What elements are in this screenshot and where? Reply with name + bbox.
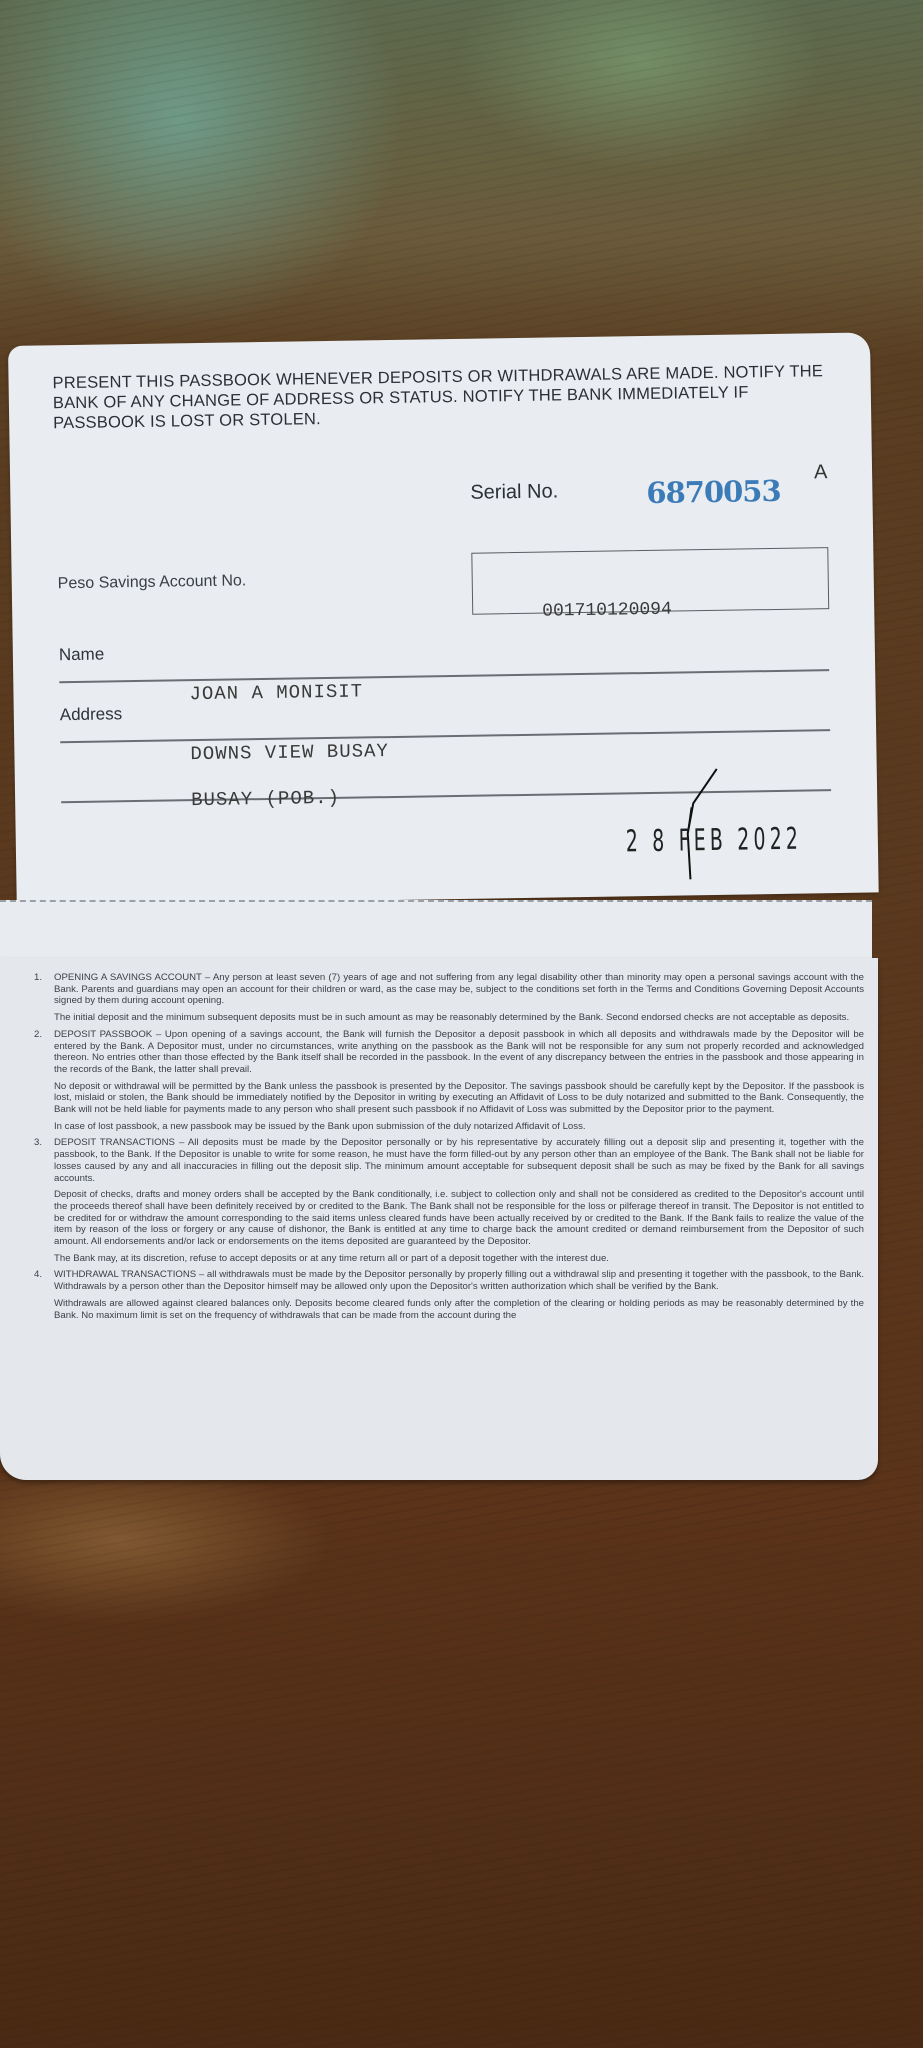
- terms-paragraph: The Bank may, at its discretion, refuse …: [54, 1253, 864, 1265]
- terms-section-number: 4.: [34, 1269, 54, 1321]
- terms-paragraph: DEPOSIT TRANSACTIONS – All deposits must…: [54, 1137, 864, 1184]
- account-number: 001710120094: [542, 600, 672, 622]
- address-label: Address: [60, 704, 123, 725]
- passbook-terms-page: 1.OPENING A SAVINGS ACCOUNT – Any person…: [0, 958, 878, 1480]
- terms-section: 1.OPENING A SAVINGS ACCOUNT – Any person…: [34, 972, 864, 1024]
- terms-paragraph: The initial deposit and the minimum subs…: [54, 1012, 864, 1024]
- terms-paragraph: No deposit or withdrawal will be permitt…: [54, 1081, 864, 1116]
- series-letter: A: [814, 461, 828, 484]
- terms-paragraph: Withdrawals are allowed against cleared …: [54, 1298, 864, 1321]
- date-stamp: 2 8 FEB 2022: [626, 822, 803, 860]
- terms-paragraph: WITHDRAWAL TRANSACTIONS – all withdrawal…: [54, 1269, 864, 1292]
- name-rule: [59, 669, 829, 683]
- terms-paragraph: Deposit of checks, drafts and money orde…: [54, 1189, 864, 1248]
- terms-paragraph: DEPOSIT PASSBOOK – Upon opening of a sav…: [54, 1029, 864, 1076]
- terms-paragraph: OPENING A SAVINGS ACCOUNT – Any person a…: [54, 972, 864, 1007]
- address-line-2: BUSAY (POB.): [191, 787, 340, 811]
- address-line-1: DOWNS VIEW BUSAY: [190, 740, 389, 765]
- terms-paragraph: In case of lost passbook, a new passbook…: [54, 1121, 864, 1133]
- terms-and-conditions: 1.OPENING A SAVINGS ACCOUNT – Any person…: [34, 972, 864, 1326]
- serial-label: Serial No.: [470, 480, 558, 504]
- terms-section-number: 3.: [34, 1137, 54, 1264]
- terms-section-number: 1.: [34, 972, 54, 1024]
- terms-section: 2.DEPOSIT PASSBOOK – Upon opening of a s…: [34, 1029, 864, 1133]
- name-value: JOAN A MONISIT: [189, 680, 363, 705]
- account-number-label: Peso Savings Account No.: [58, 572, 247, 593]
- terms-section: 4.WITHDRAWAL TRANSACTIONS – all withdraw…: [34, 1269, 864, 1321]
- passbook-notice: PRESENT THIS PASSBOOK WHENEVER DEPOSITS …: [52, 361, 843, 433]
- serial-number: 6870053: [646, 474, 781, 510]
- name-label: Name: [59, 645, 105, 666]
- page-fold-strip: [0, 900, 872, 962]
- passbook-front-page: PRESENT THIS PASSBOOK WHENEVER DEPOSITS …: [8, 332, 879, 905]
- address-rule-1: [60, 729, 830, 743]
- terms-section: 3.DEPOSIT TRANSACTIONS – All deposits mu…: [34, 1137, 864, 1264]
- terms-section-number: 2.: [34, 1029, 54, 1133]
